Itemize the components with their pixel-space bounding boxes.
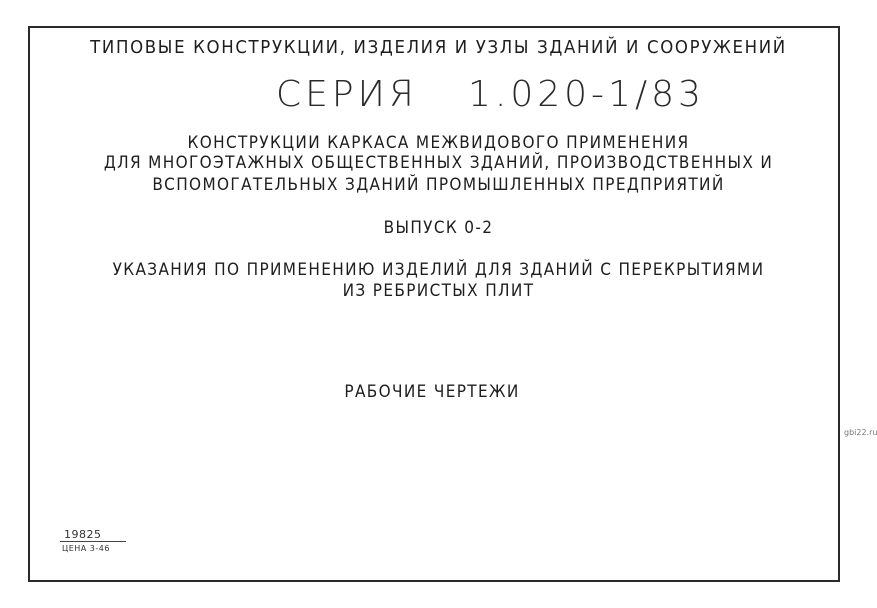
watermark: gbi22.ru (844, 428, 877, 437)
instructions-line-1: УКАЗАНИЯ ПО ПРИМЕНЕНИЮ ИЗДЕЛИЙ ДЛЯ ЗДАНИ… (44, 260, 833, 280)
series-label: СЕРИЯ (276, 74, 418, 115)
sheet-border-frame (28, 26, 840, 582)
document-type: РАБОЧИЕ ЧЕРТЕЖИ (43, 382, 821, 402)
description-line-3: ВСПОМОГАТЕЛЬНЫХ ЗДАНИЙ ПРОМЫШЛЕННЫХ ПРЕД… (44, 175, 833, 195)
drawing-sheet: ТИПОВЫЕ КОНСТРУКЦИИ, ИЗДЕЛИЯ И УЗЛЫ ЗДАН… (0, 0, 877, 608)
inventory-number: 19825 (64, 528, 102, 541)
issue-number: ВЫПУСК 0-2 (44, 218, 833, 238)
instructions-line-2: ИЗ РЕБРИСТЫХ ПЛИТ (44, 281, 833, 301)
description-line-1: КОНСТРУКЦИИ КАРКАСА МЕЖВИДОВОГО ПРИМЕНЕН… (44, 133, 833, 153)
header-title: ТИПОВЫЕ КОНСТРУКЦИИ, ИЗДЕЛИЯ И УЗЛЫ ЗДАН… (35, 37, 842, 58)
inventory-divider (60, 541, 126, 542)
series-number: 1.020-1/83 (468, 74, 705, 115)
description-line-2: ДЛЯ МНОГОЭТАЖНЫХ ОБЩЕСТВЕННЫХ ЗДАНИЙ, ПР… (44, 153, 833, 173)
price-label: ЦЕНА 3-46 (62, 544, 110, 553)
